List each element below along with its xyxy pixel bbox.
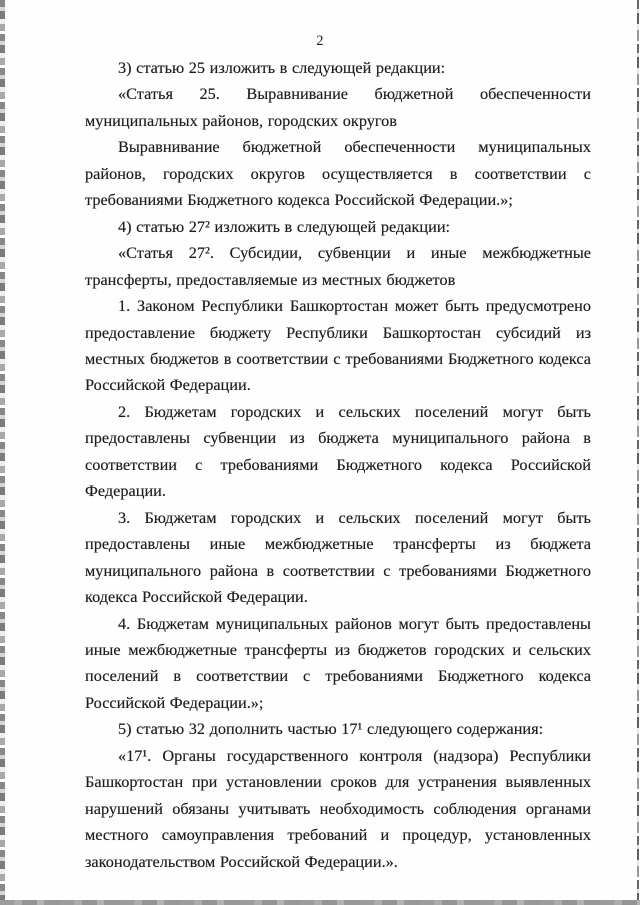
paragraph: 4) статью 27² изложить в следующей редак…: [85, 214, 591, 240]
paragraph: 3. Бюджетам городских и сельских поселен…: [85, 505, 591, 611]
scanned-document-page: 2 3) статью 25 изложить в следующей реда…: [0, 0, 640, 905]
paragraph: 4. Бюджетам муниципальных районов могут …: [85, 611, 591, 717]
paragraph: «17¹. Органы государственного контроля (…: [85, 743, 591, 875]
scan-edge-right: [637, 0, 639, 905]
paragraph: 1. Законом Республики Башкортостан может…: [85, 293, 591, 399]
paragraph: «Статья 27². Субсидии, субвенции и иные …: [85, 240, 591, 293]
paragraph: 3) статью 25 изложить в следующей редакц…: [85, 55, 591, 81]
paragraph: 5) статью 32 дополнить частью 17¹ следую…: [85, 716, 591, 742]
paragraph: «Статья 25. Выравнивание бюджетной обесп…: [85, 81, 591, 134]
page-number: 2: [0, 33, 640, 50]
scan-edge-left: [0, 0, 5, 905]
paragraph: Выравнивание бюджетной обеспеченности му…: [85, 134, 591, 213]
paragraph: 2. Бюджетам городских и сельских поселен…: [85, 399, 591, 505]
document-body: 3) статью 25 изложить в следующей редакц…: [85, 55, 591, 875]
scan-edge-bottom: [0, 900, 640, 905]
